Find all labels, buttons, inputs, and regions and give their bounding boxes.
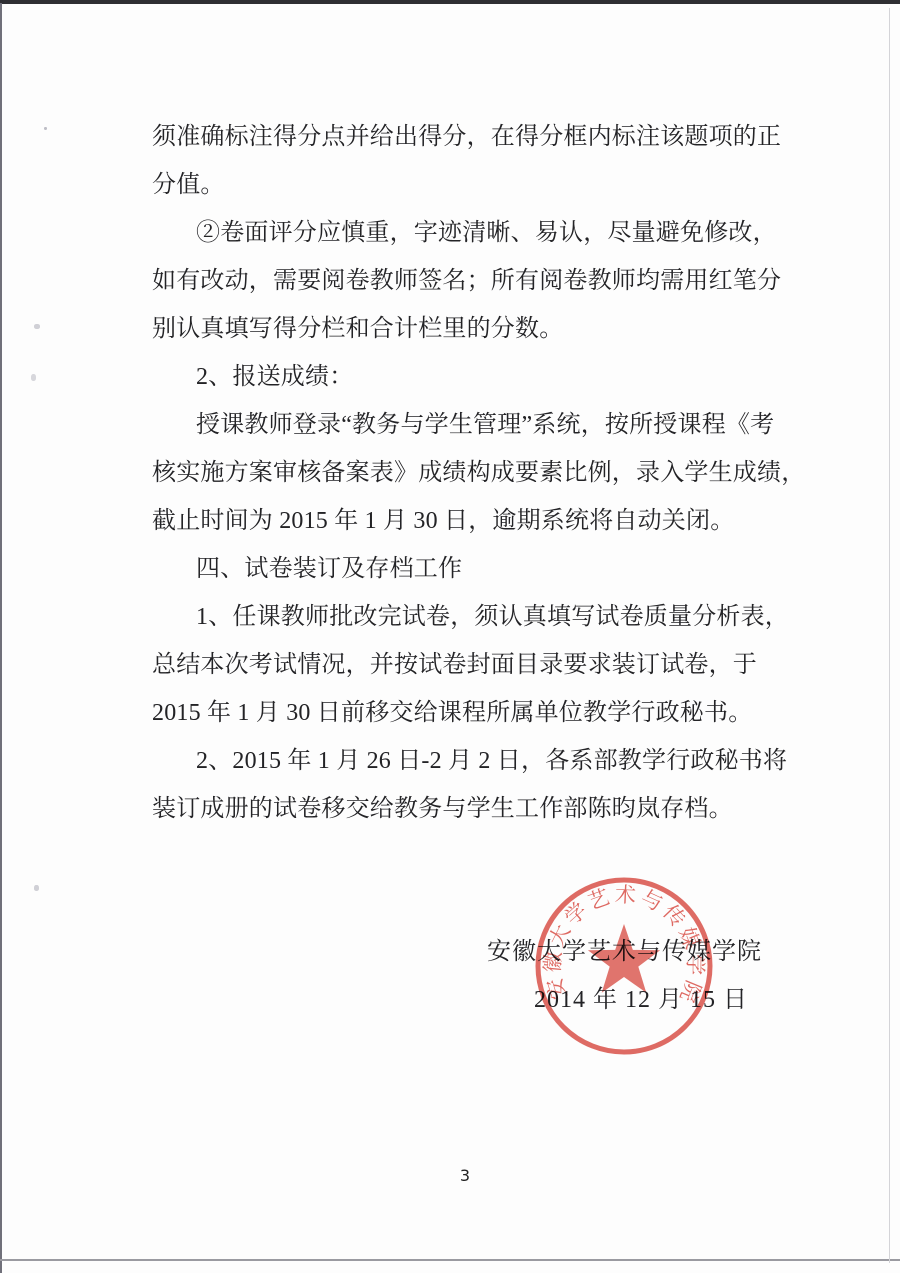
body-line: 2、报送成绩： — [152, 353, 778, 401]
scan-speck — [34, 324, 40, 329]
page-number: 3 — [440, 1166, 490, 1185]
scan-edge-top — [0, 0, 900, 4]
scan-speck — [34, 885, 39, 891]
scan-speck — [44, 127, 47, 130]
body-line: 授课教师登录“教务与学生管理”系统，按所授课程《考 — [152, 401, 778, 449]
body-line: 总结本次考试情况，并按试卷封面目录要求装订试卷，于 — [152, 641, 778, 689]
body-line: 1、任课教师批改完试卷，须认真填写试卷质量分析表， — [152, 593, 778, 641]
scan-edge-left — [0, 3, 2, 1273]
scanned-document-page: 须准确标注得分点并给出得分，在得分框内标注该题项的正 分值。 ②卷面评分应慎重，… — [0, 0, 900, 1273]
document-body: 须准确标注得分点并给出得分，在得分框内标注该题项的正 分值。 ②卷面评分应慎重，… — [152, 113, 778, 833]
official-seal: 安徽大学艺术与传媒学院 — [534, 876, 714, 1056]
body-line: 2015 年 1 月 30 日前移交给课程所属单位教学行政秘书。 — [152, 689, 778, 737]
body-line: 装订成册的试卷移交给教务与学生工作部陈昀岚存档。 — [152, 785, 778, 833]
body-line: 截止时间为 2015 年 1 月 30 日，逾期系统将自动关闭。 — [152, 497, 778, 545]
body-line: 2、2015 年 1 月 26 日-2 月 2 日，各系部教学行政秘书将 — [152, 737, 778, 785]
body-line: 分值。 — [152, 161, 778, 209]
seal-star-icon — [588, 924, 660, 993]
scan-edge-bottom — [0, 1259, 900, 1261]
body-line: 别认真填写得分栏和合计栏里的分数。 — [152, 305, 778, 353]
body-line: 核实施方案审核备案表》成绩构成要素比例，录入学生成绩， — [152, 449, 778, 497]
body-line: 如有改动，需要阅卷教师签名；所有阅卷教师均需用红笔分 — [152, 257, 778, 305]
scan-edge-right — [889, 8, 890, 1263]
body-line: ②卷面评分应慎重，字迹清晰、易认，尽量避免修改， — [152, 209, 778, 257]
scan-speck — [31, 374, 36, 381]
body-line: 四、试卷装订及存档工作 — [152, 545, 778, 593]
body-line: 须准确标注得分点并给出得分，在得分框内标注该题项的正 — [152, 113, 778, 161]
